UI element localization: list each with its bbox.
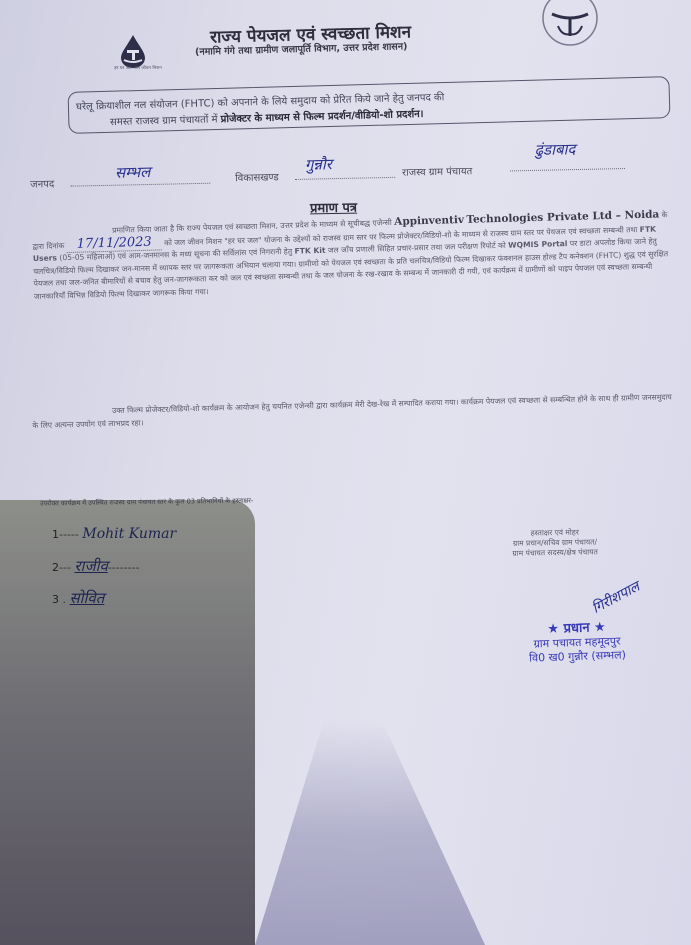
participant-number: 1: [52, 528, 59, 541]
pradhan-stamp: ★ प्रधान ★ ग्राम पचायत महमूदपुर वि0 ख0 ग…: [491, 615, 663, 667]
participant-1: 1----- Mohit Kumar: [52, 526, 176, 542]
up-emblem-icon: [540, 0, 600, 46]
district-label: जनपद: [30, 176, 54, 190]
water-drop-logo-icon: [118, 34, 148, 68]
certificate-title: प्रमाण पत्र: [310, 198, 357, 217]
block-label: विकासखण्ड: [235, 169, 279, 184]
participant-3: 3 . सोवित: [52, 588, 104, 608]
district-value[interactable]: सम्भल: [115, 162, 151, 183]
participant-number: 3: [52, 593, 59, 606]
signatory-block: हस्ताक्षर एवं मोहर ग्राम प्रधान/सचिव ग्र…: [470, 527, 640, 560]
participant-signature[interactable]: राजीव: [74, 557, 107, 575]
participant-signature[interactable]: सोवित: [70, 589, 105, 607]
village-label: राजस्व ग्राम पंचायत: [402, 163, 473, 178]
village-value[interactable]: ढुंडाबाद: [534, 139, 575, 160]
para1-part-e: जल जाँच प्रणाली सिहित प्रचार-प्रसार तथा …: [325, 241, 508, 255]
village-line: [510, 168, 625, 171]
district-line: [70, 183, 210, 187]
wqmis-portal: WQMIS Portal: [508, 239, 567, 250]
ftk-kit: FTK Kit: [294, 246, 325, 256]
block-line: [295, 177, 395, 180]
program-date[interactable]: 17/11/2023: [67, 234, 162, 253]
block-value[interactable]: गुन्नौर: [305, 154, 332, 175]
company-name-a: Appinventiv: [394, 214, 464, 228]
participant-number: 2: [52, 561, 59, 574]
participant-signature[interactable]: Mohit Kumar: [82, 526, 176, 542]
logo-caption: हर घर जल जल जीवन मिशन: [108, 66, 168, 71]
participant-2: 2--- राजीव--------: [52, 556, 140, 576]
